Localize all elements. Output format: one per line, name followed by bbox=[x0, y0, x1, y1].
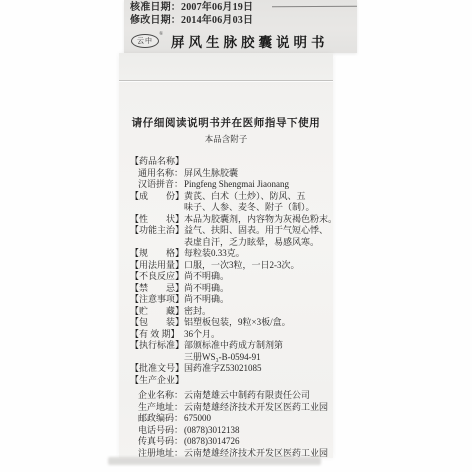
field-row: 【包 装】 铝塑板包装，9粒×3板/盒。 bbox=[119, 317, 333, 329]
field-value: 国药准字Z53021085 bbox=[184, 363, 262, 375]
manufacturer-value: 675000 bbox=[184, 413, 211, 425]
field-label: 【包 装】 bbox=[130, 317, 184, 329]
manufacturer-value: (0878)3014726 bbox=[184, 436, 240, 448]
field-value: 屏风生脉胶囊 bbox=[184, 168, 238, 180]
registered-trademark-icon: ® bbox=[159, 31, 163, 38]
manufacturer-row: 邮政编码： 675000 bbox=[119, 413, 333, 425]
brand-logo-text: 云中 bbox=[137, 38, 153, 45]
leaflet-header: 核准日期：2007年06月19日 修改日期：2014年06月03日 云中 ® 屏… bbox=[124, 0, 357, 53]
manufacturer-row: 电话号码： (0878)3012138 bbox=[119, 425, 333, 437]
field-row: 【用法用量】 口服，一次3粒，一日2-3次。 bbox=[119, 260, 333, 272]
field-value: 部颁标准中药成方制剂第 三册WS₃-B-0594-91 bbox=[184, 340, 283, 363]
manufacturer-value: 云南楚雄经济技术开发区医药工业园 bbox=[184, 402, 328, 414]
field-row: 通用名称： 屏风生脉胶囊 bbox=[119, 168, 333, 180]
field-label: 【药品名称】 bbox=[130, 156, 184, 168]
field-row: 【成 份】 黄芪、白术（土炒）、防风、五 味子、人参、麦冬、附子（制）。 bbox=[119, 191, 333, 214]
field-label: 【批准文号】 bbox=[130, 363, 184, 375]
leaflet-title: 屏风生脉胶囊说明书 bbox=[171, 31, 329, 51]
manufacturer-value: (0878)3012138 bbox=[184, 425, 240, 437]
field-label: 【禁 忌】 bbox=[130, 283, 184, 295]
field-label: 【生产企业】 bbox=[130, 375, 184, 387]
manufacturer-label: 电话号码： bbox=[138, 425, 184, 437]
field-label: 【规 格】 bbox=[130, 248, 184, 260]
drug-info-fields: 【药品名称】 通用名称： 屏风生脉胶囊 汉语拼音： Pingfeng Sheng… bbox=[119, 156, 333, 386]
field-value: 黄芪、白术（土炒）、防风、五 味子、人参、麦冬、附子（制）。 bbox=[184, 191, 315, 214]
field-row: 【禁 忌】 尚不明确。 bbox=[119, 283, 333, 295]
field-row: 【执行标准】 部颁标准中药成方制剂第 三册WS₃-B-0594-91 bbox=[119, 340, 333, 363]
field-label: 【注意事项】 bbox=[130, 294, 184, 306]
field-value: 密封。 bbox=[184, 306, 211, 318]
leaflet-body: 请仔细阅读说明书并在医师指导下使用 本品含附子 【药品名称】 通用名称： 屏风生… bbox=[119, 53, 333, 458]
field-value: 尚不明确。 bbox=[184, 283, 229, 295]
yunzhong-brand-logo-icon: 云中 ® bbox=[131, 34, 159, 48]
field-label: 【性 状】 bbox=[130, 214, 184, 226]
manufacturer-label: 邮政编码： bbox=[138, 413, 184, 425]
field-row: 【不良反应】 尚不明确。 bbox=[119, 271, 333, 283]
field-value: 口服，一次3粒，一日2-3次。 bbox=[184, 260, 300, 272]
leaflet-bottom-shadow bbox=[108, 457, 321, 465]
manufacturer-row: 生产地址： 云南楚雄经济技术开发区医药工业园 bbox=[119, 402, 333, 414]
field-row: 【规 格】 每粒装0.33克。 bbox=[119, 248, 333, 260]
field-label: 【成 份】 bbox=[130, 191, 184, 214]
field-value: 每粒装0.33克。 bbox=[184, 248, 245, 260]
field-row: 【性 状】 本品为胶囊剂，内容物为灰褐色粉末。 bbox=[119, 214, 333, 226]
field-value: 益气、扶阳、固表。用于气短心悸、 表虚自汗，乏力眩晕，易感风寒。 bbox=[184, 225, 328, 248]
title-row: 云中 ® 屏风生脉胶囊说明书 bbox=[124, 31, 357, 51]
field-value: 尚不明确。 bbox=[184, 271, 229, 283]
manufacturer-row: 传真号码： (0878)3014726 bbox=[119, 436, 333, 448]
field-label: 【功能主治】 bbox=[130, 225, 184, 248]
field-value: 本品为胶囊剂，内容物为灰褐色粉末。 bbox=[184, 214, 337, 226]
leaflet-photo: 核准日期：2007年06月19日 修改日期：2014年06月03日 云中 ® 屏… bbox=[0, 0, 472, 472]
field-value: 36个月。 bbox=[184, 329, 220, 341]
field-label: 通用名称： bbox=[138, 168, 184, 180]
manufacturer-row: 企业名称： 云南楚雄云中制药有限责任公司 bbox=[119, 390, 333, 402]
field-row: 【注意事项】 尚不明确。 bbox=[119, 294, 333, 306]
field-label: 【贮 藏】 bbox=[130, 306, 184, 318]
manufacturer-label: 生产地址： bbox=[138, 402, 184, 414]
field-row: 【功能主治】 益气、扶阳、固表。用于气短心悸、 表虚自汗，乏力眩晕，易感风寒。 bbox=[119, 225, 333, 248]
field-row: 【有 效 期】 36个月。 bbox=[119, 329, 333, 341]
fold-line bbox=[119, 80, 333, 81]
field-row: 汉语拼音： Pingfeng Shengmai Jiaonang bbox=[119, 179, 333, 191]
usage-notice: 请仔细阅读说明书并在医师指导下使用 bbox=[119, 115, 333, 130]
field-row: 【贮 藏】 密封。 bbox=[119, 306, 333, 318]
field-row: 【药品名称】 bbox=[119, 156, 333, 168]
field-value: 尚不明确。 bbox=[184, 294, 229, 306]
field-row: 【批准文号】 国药准字Z53021085 bbox=[119, 363, 333, 375]
field-value: Pingfeng Shengmai Jiaonang bbox=[184, 179, 289, 191]
field-label: 【有 效 期】 bbox=[130, 329, 184, 341]
approval-date: 核准日期：2007年06月19日 bbox=[124, 0, 357, 15]
aconite-warning: 本品含附子 bbox=[119, 133, 333, 145]
manufacturer-section: 企业名称： 云南楚雄云中制药有限责任公司 生产地址： 云南楚雄经济技术开发区医药… bbox=[119, 390, 333, 459]
manufacturer-label: 企业名称： bbox=[138, 390, 184, 402]
revision-date: 修改日期：2014年06月03日 bbox=[124, 15, 357, 28]
field-row: 【生产企业】 bbox=[119, 375, 333, 387]
field-label: 汉语拼音： bbox=[138, 179, 184, 191]
field-label: 【不良反应】 bbox=[130, 271, 184, 283]
manufacturer-label: 传真号码： bbox=[138, 436, 184, 448]
manufacturer-value: 云南楚雄云中制药有限责任公司 bbox=[184, 390, 310, 402]
field-value: 铝塑板包装，9粒×3板/盒。 bbox=[184, 317, 291, 329]
field-label: 【执行标准】 bbox=[130, 340, 184, 363]
field-label: 【用法用量】 bbox=[130, 260, 184, 272]
leaflet-content: 请仔细阅读说明书并在医师指导下使用 本品含附子 【药品名称】 通用名称： 屏风生… bbox=[119, 53, 333, 459]
